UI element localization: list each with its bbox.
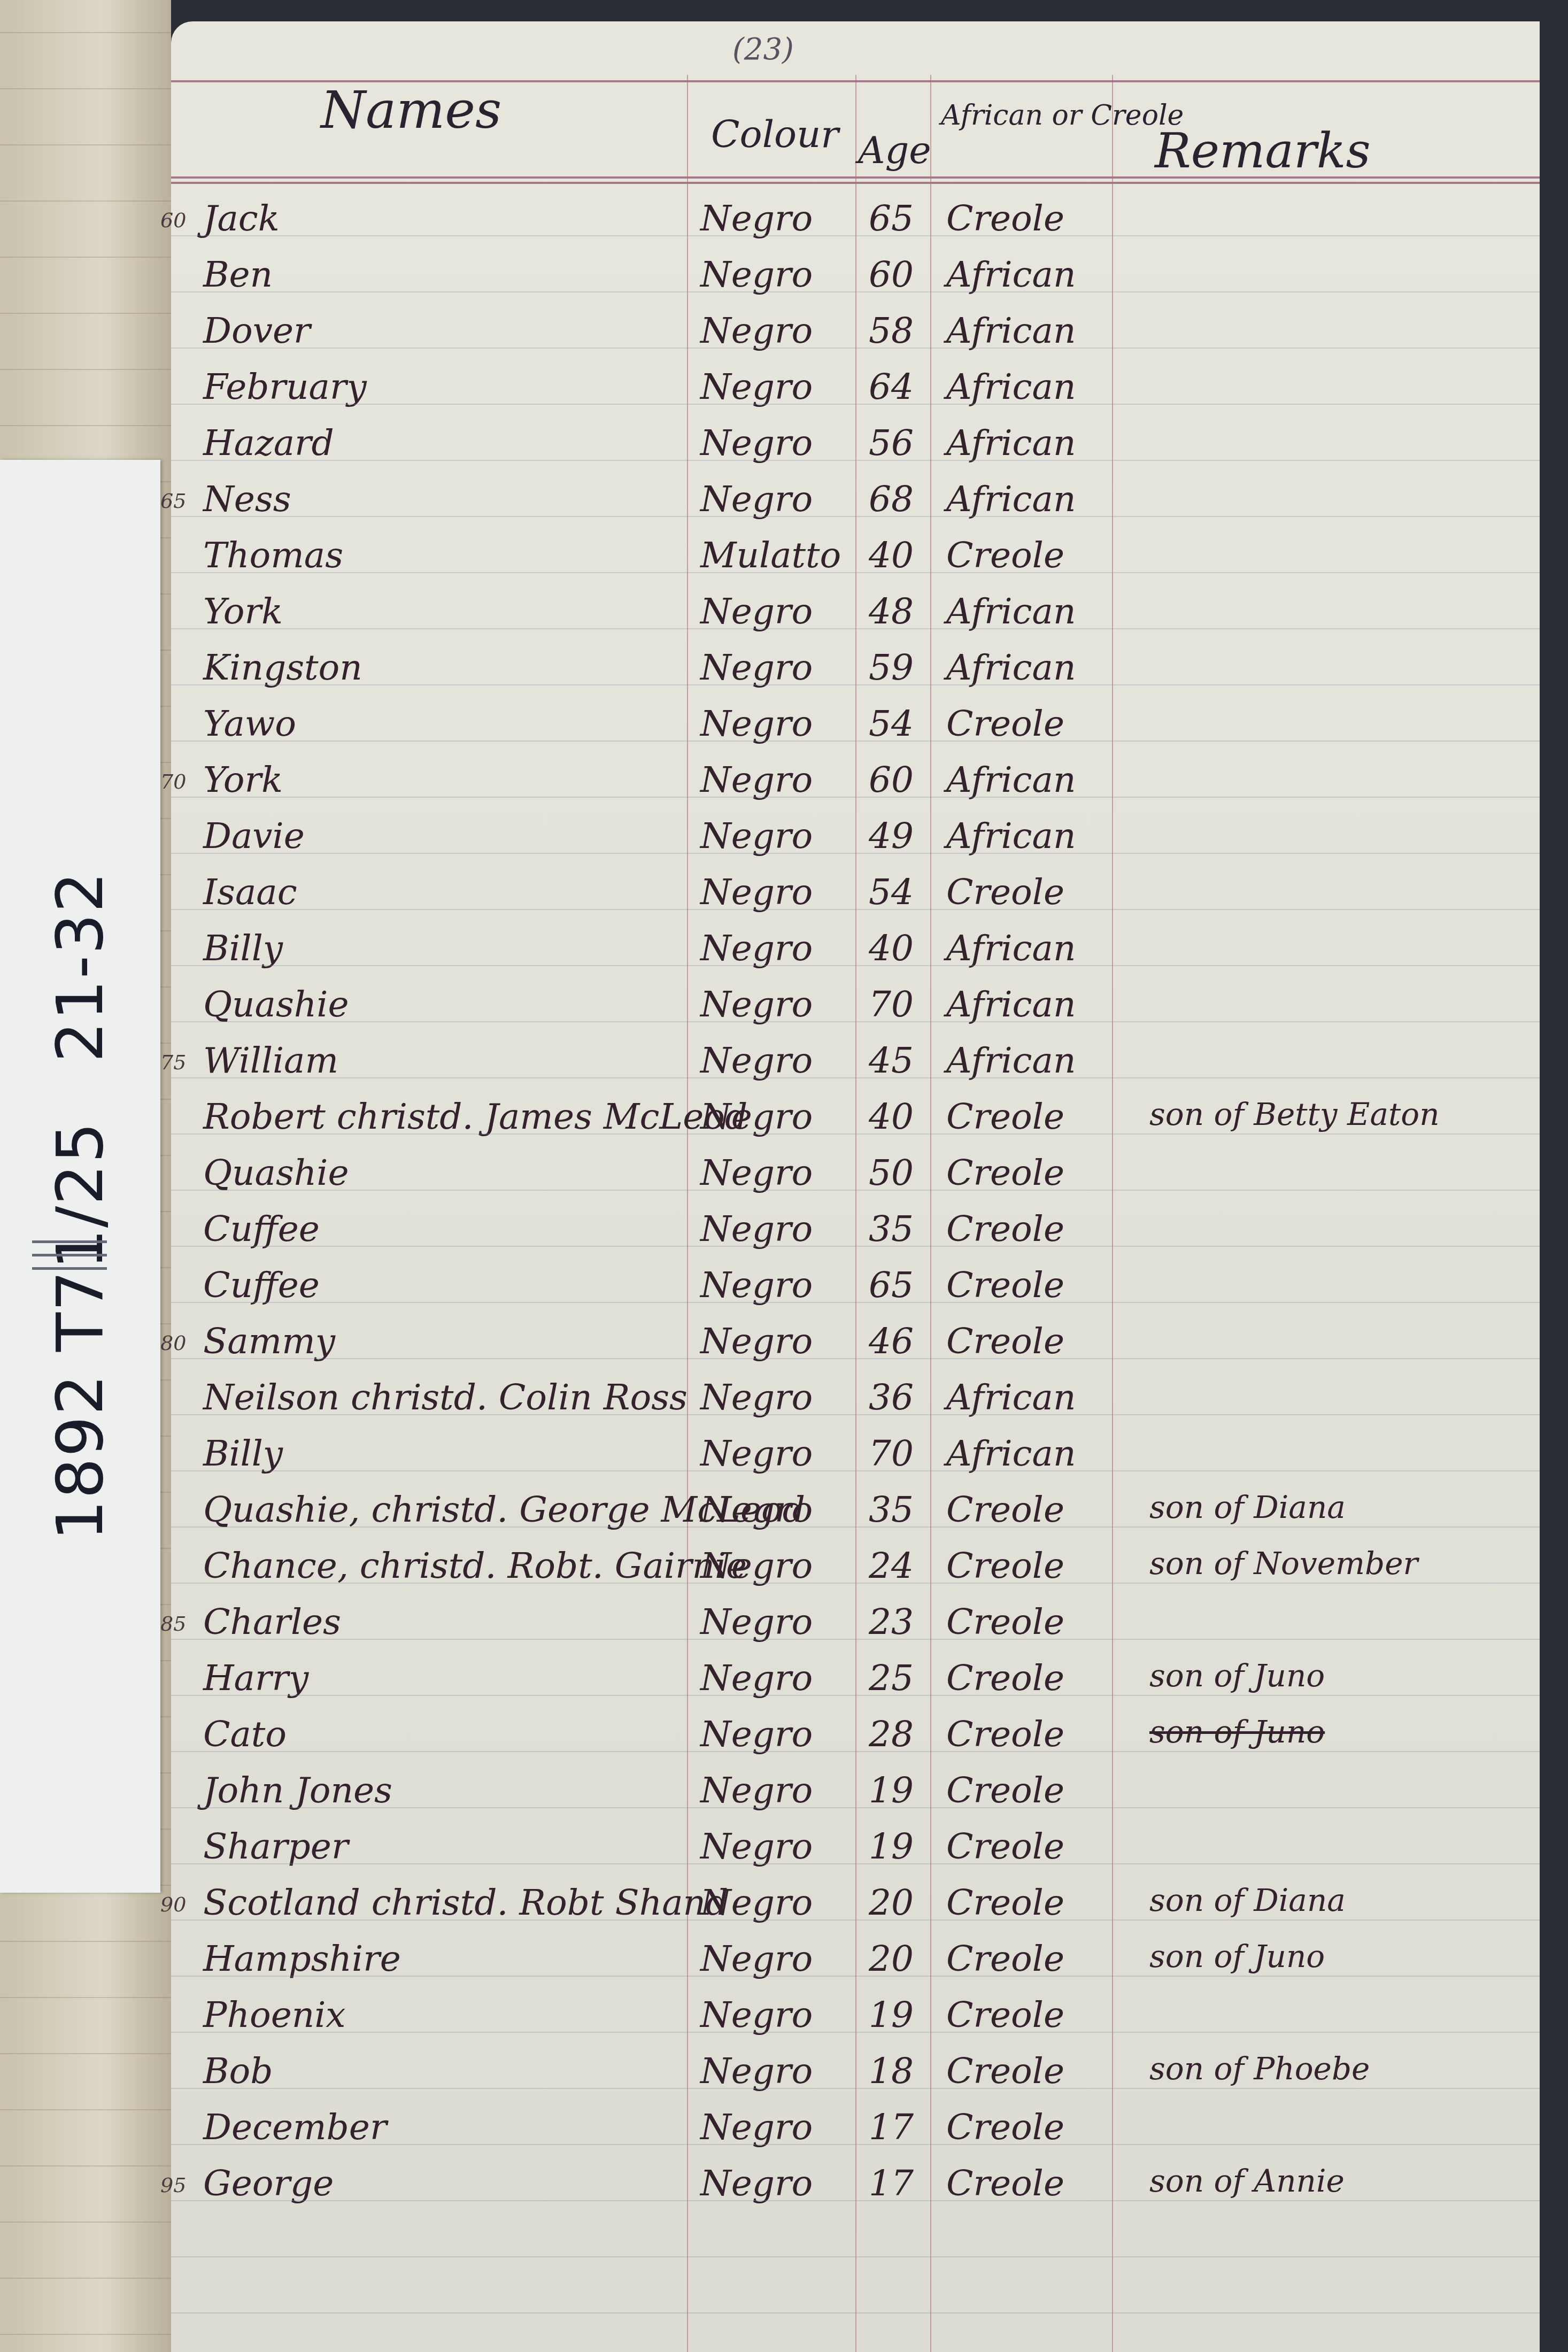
person-name: Ben [203, 254, 273, 295]
ruled-line [171, 1639, 1540, 1640]
register-rows: 60 Jack Negro 65 Creole Ben Negro 60 Afr… [171, 187, 1540, 2208]
colour-value: Negro [700, 1096, 813, 1137]
entry-number: 95 [160, 2173, 186, 2197]
entry-number: 70 [160, 770, 186, 793]
colour-value: Negro [700, 1770, 813, 1811]
age-value: 68 [869, 479, 914, 520]
age-value: 17 [869, 2163, 914, 2204]
origin-value: African [946, 1433, 1076, 1474]
ruled-line [171, 741, 1540, 742]
entry-number: 65 [160, 489, 186, 513]
person-name: Kingston [203, 647, 362, 688]
colour-value: Negro [700, 647, 813, 688]
colour-value: Negro [700, 1321, 813, 1362]
person-name: February [203, 366, 367, 407]
age-value: 70 [869, 1433, 914, 1474]
origin-value: Creole [946, 703, 1064, 744]
age-value: 17 [869, 2107, 914, 2148]
colour-value: Negro [700, 366, 813, 407]
age-value: 35 [869, 1208, 914, 1250]
column-header-remarks: Remarks [1155, 123, 1371, 179]
origin-value: Creole [946, 1545, 1064, 1586]
colour-value: Negro [700, 928, 813, 969]
remarks-value: son of Juno [1149, 1657, 1325, 1694]
colour-value: Negro [700, 591, 813, 632]
person-name: Chance, christd. Robt. Gairnie [203, 1545, 747, 1586]
colour-value: Negro [700, 1545, 813, 1586]
person-name: Quashie [203, 1152, 349, 1193]
column-header-age: Age [858, 128, 931, 172]
age-value: 60 [869, 254, 914, 295]
origin-value: African [946, 591, 1076, 632]
origin-value: Creole [946, 1489, 1064, 1530]
entry-number: 85 [160, 1612, 186, 1636]
person-name: John Jones [203, 1770, 392, 1811]
colour-value: Negro [700, 1994, 813, 2035]
entry-number: 60 [160, 209, 186, 232]
left-page-ruled-line [0, 2053, 171, 2054]
age-value: 25 [869, 1657, 914, 1699]
person-name: York [203, 759, 283, 800]
age-value: 20 [869, 1882, 914, 1923]
origin-value: Creole [946, 1938, 1064, 1979]
remarks-value: son of Betty Eaton [1149, 1096, 1440, 1132]
origin-value: Creole [946, 2050, 1064, 2092]
origin-value: African [946, 479, 1076, 520]
ruled-line [171, 1358, 1540, 1359]
person-name: Dover [203, 310, 311, 351]
colour-value: Negro [700, 1264, 813, 1306]
colour-value: Negro [700, 984, 813, 1025]
ruled-line [171, 797, 1540, 798]
origin-value: Creole [946, 1994, 1064, 2035]
remarks-value: son of Juno [1149, 1714, 1325, 1750]
origin-value: Creole [946, 1096, 1064, 1137]
origin-value: Creole [946, 1714, 1064, 1755]
origin-value: African [946, 984, 1076, 1025]
age-value: 64 [869, 366, 914, 407]
origin-value: Creole [946, 1264, 1064, 1306]
ruled-line [171, 684, 1540, 685]
person-name: Thomas [203, 535, 343, 576]
age-value: 23 [869, 1601, 914, 1642]
remarks-value: son of Juno [1149, 1938, 1325, 1975]
age-value: 58 [869, 310, 914, 351]
origin-value: Creole [946, 1601, 1064, 1642]
entry-number: 80 [160, 1331, 186, 1355]
archive-range: 21-32 [43, 870, 118, 1062]
age-value: 59 [869, 647, 914, 688]
colour-value: Negro [700, 2050, 813, 2092]
left-page-ruled-line [0, 2334, 171, 2335]
ruled-line [171, 348, 1540, 349]
origin-value: Creole [946, 198, 1064, 239]
left-page-ruled-line [0, 313, 171, 314]
colour-value: Negro [700, 2107, 813, 2148]
colour-value: Negro [700, 1152, 813, 1193]
remarks-value: son of Phoebe [1149, 2050, 1370, 2087]
ruled-line [171, 1583, 1540, 1584]
origin-value: Creole [946, 1826, 1064, 1867]
ruled-line [171, 909, 1540, 910]
left-page-ruled-line [0, 1941, 171, 1942]
age-value: 46 [869, 1321, 914, 1362]
ruled-line [171, 1863, 1540, 1864]
age-value: 36 [869, 1377, 914, 1418]
colour-value: Negro [700, 198, 813, 239]
left-page-ruled-line [0, 1997, 171, 1998]
ruled-line [171, 1526, 1540, 1528]
ruled-line [171, 628, 1540, 629]
person-name: Charles [203, 1601, 341, 1642]
age-value: 65 [869, 1264, 914, 1306]
age-value: 19 [869, 1994, 914, 2035]
age-value: 50 [869, 1152, 914, 1193]
entry-number: 90 [160, 1893, 186, 1916]
age-value: 18 [869, 2050, 914, 2092]
origin-value: African [946, 815, 1076, 857]
left-page-ruled-line [0, 369, 171, 370]
age-value: 48 [869, 591, 914, 632]
person-name: Billy [203, 1433, 283, 1474]
person-name: Jack [203, 198, 280, 239]
age-value: 45 [869, 1040, 914, 1081]
left-page-ruled-line [0, 2165, 171, 2166]
archive-reference: 1892 T71/25 [43, 1121, 118, 1541]
colour-value: Negro [700, 254, 813, 295]
person-name: George [203, 2163, 334, 2204]
ruled-line [171, 2144, 1540, 2145]
origin-value: Creole [946, 2107, 1064, 2148]
person-name: Harry [203, 1657, 308, 1699]
age-value: 28 [869, 1714, 914, 1755]
origin-value: African [946, 310, 1076, 351]
colour-value: Negro [700, 759, 813, 800]
ruled-line [171, 2032, 1540, 2033]
age-value: 40 [869, 928, 914, 969]
ruled-line [171, 460, 1540, 461]
ruled-line [171, 291, 1540, 292]
ruled-line [171, 1919, 1540, 1921]
colour-value: Negro [700, 1208, 813, 1250]
colour-value: Negro [700, 1601, 813, 1642]
person-name: Isaac [203, 872, 297, 913]
person-name: Cuffee [203, 1264, 320, 1306]
person-name: Sammy [203, 1321, 335, 1362]
colour-value: Negro [700, 1489, 813, 1530]
colour-value: Negro [700, 815, 813, 857]
remarks-value: son of Diana [1149, 1882, 1346, 1918]
person-name: Ness [203, 479, 291, 520]
left-page-ruled-line [0, 257, 171, 258]
ruled-line [171, 1190, 1540, 1191]
colour-value: Negro [700, 1657, 813, 1699]
ruled-line [171, 2256, 1540, 2257]
remarks-value: son of Annie [1149, 2163, 1345, 2199]
origin-value: Creole [946, 1152, 1064, 1193]
age-value: 20 [869, 1938, 914, 1979]
person-name: Quashie [203, 984, 349, 1025]
ruled-line [171, 516, 1540, 517]
left-page-ruled-line [0, 201, 171, 202]
ruled-line [171, 1302, 1540, 1303]
person-name: William [203, 1040, 338, 1081]
archive-reference-label: 1892 T71/2521-32 [0, 460, 160, 1893]
ruled-line [171, 404, 1540, 405]
origin-value: Creole [946, 1770, 1064, 1811]
ruled-line [171, 1470, 1540, 1471]
ruled-line [171, 2200, 1540, 2201]
colour-value: Negro [700, 872, 813, 913]
person-name: Cato [203, 1714, 287, 1755]
ruled-line [171, 965, 1540, 966]
colour-value: Negro [700, 1040, 813, 1081]
origin-value: Creole [946, 535, 1064, 576]
column-header-names: Names [321, 80, 501, 140]
tally-marks-icon [32, 1230, 107, 1281]
person-name: Sharper [203, 1826, 348, 1867]
age-value: 19 [869, 1770, 914, 1811]
age-value: 19 [869, 1826, 914, 1867]
colour-value: Negro [700, 703, 813, 744]
colour-value: Negro [700, 1377, 813, 1418]
age-value: 56 [869, 422, 914, 464]
age-value: 24 [869, 1545, 914, 1586]
ruled-line [171, 235, 1540, 236]
age-value: 54 [869, 703, 914, 744]
colour-value: Negro [700, 2163, 813, 2204]
left-page-ruled-line [0, 2278, 171, 2279]
colour-value: Negro [700, 1882, 813, 1923]
column-header-origin: African or Creole [941, 102, 1184, 129]
colour-value: Negro [700, 479, 813, 520]
person-name: York [203, 591, 283, 632]
left-page-ruled-line [0, 2109, 171, 2110]
left-page-ruled-line [0, 2222, 171, 2223]
colour-value: Mulatto [700, 535, 841, 576]
ruled-line [171, 1246, 1540, 1247]
register-page: (23) Names Colour Age African or Creole … [171, 21, 1540, 2352]
person-name: Bob [203, 2050, 273, 2092]
age-value: 65 [869, 198, 914, 239]
ruled-line [171, 1414, 1540, 1415]
colour-value: Negro [700, 310, 813, 351]
origin-value: Creole [946, 1882, 1064, 1923]
person-name: Hampshire [203, 1938, 401, 1979]
age-value: 54 [869, 872, 914, 913]
origin-value: Creole [946, 2163, 1064, 2204]
person-name: Billy [203, 928, 283, 969]
person-name: Cuffee [203, 1208, 320, 1250]
person-name: Neilson christd. Colin Ross [203, 1377, 688, 1418]
origin-value: African [946, 1040, 1076, 1081]
ruled-line [171, 1695, 1540, 1696]
colour-value: Negro [700, 422, 813, 464]
origin-value: African [946, 759, 1076, 800]
left-page-ruled-line [0, 425, 171, 426]
age-value: 40 [869, 1096, 914, 1137]
person-name: Davie [203, 815, 305, 857]
page-number: (23) [732, 32, 794, 67]
ruled-line [171, 1976, 1540, 1977]
age-value: 60 [869, 759, 914, 800]
origin-value: Creole [946, 1208, 1064, 1250]
person-name: Phoenix [203, 1994, 346, 2035]
origin-value: African [946, 1377, 1076, 1418]
left-page-ruled-line [0, 144, 171, 145]
ruled-line [171, 1021, 1540, 1022]
origin-value: African [946, 254, 1076, 295]
origin-value: Creole [946, 1657, 1064, 1699]
age-value: 70 [869, 984, 914, 1025]
origin-value: Creole [946, 1321, 1064, 1362]
origin-value: African [946, 647, 1076, 688]
remarks-value: son of Diana [1149, 1489, 1346, 1525]
age-value: 49 [869, 815, 914, 857]
left-page-ruled-line [0, 32, 171, 33]
ruled-line [171, 1751, 1540, 1752]
age-value: 40 [869, 535, 914, 576]
ruled-line [171, 2312, 1540, 2314]
entry-number: 75 [160, 1051, 186, 1074]
ruled-line [171, 1077, 1540, 1078]
ruled-line [171, 1133, 1540, 1135]
person-name: Robert christd. James McLeod [203, 1096, 747, 1137]
colour-value: Negro [700, 1433, 813, 1474]
person-name: Scotland christd. Robt Shand [203, 1882, 728, 1923]
column-header-colour: Colour [711, 112, 839, 156]
left-page-ruled-line [0, 88, 171, 89]
origin-value: Creole [946, 872, 1064, 913]
archive-reference-text: 1892 T71/2521-32 [43, 812, 118, 1540]
origin-value: African [946, 928, 1076, 969]
age-value: 35 [869, 1489, 914, 1530]
colour-value: Negro [700, 1826, 813, 1867]
ruled-line [171, 2088, 1540, 2089]
ruled-line [171, 853, 1540, 854]
ruled-line [171, 572, 1540, 573]
person-name: December [203, 2107, 387, 2148]
colour-value: Negro [700, 1938, 813, 1979]
origin-value: African [946, 422, 1076, 464]
person-name: Yawo [203, 703, 296, 744]
ruled-line [171, 1807, 1540, 1808]
person-name: Hazard [203, 422, 334, 464]
origin-value: African [946, 366, 1076, 407]
remarks-value: son of November [1149, 1545, 1418, 1582]
colour-value: Negro [700, 1714, 813, 1755]
